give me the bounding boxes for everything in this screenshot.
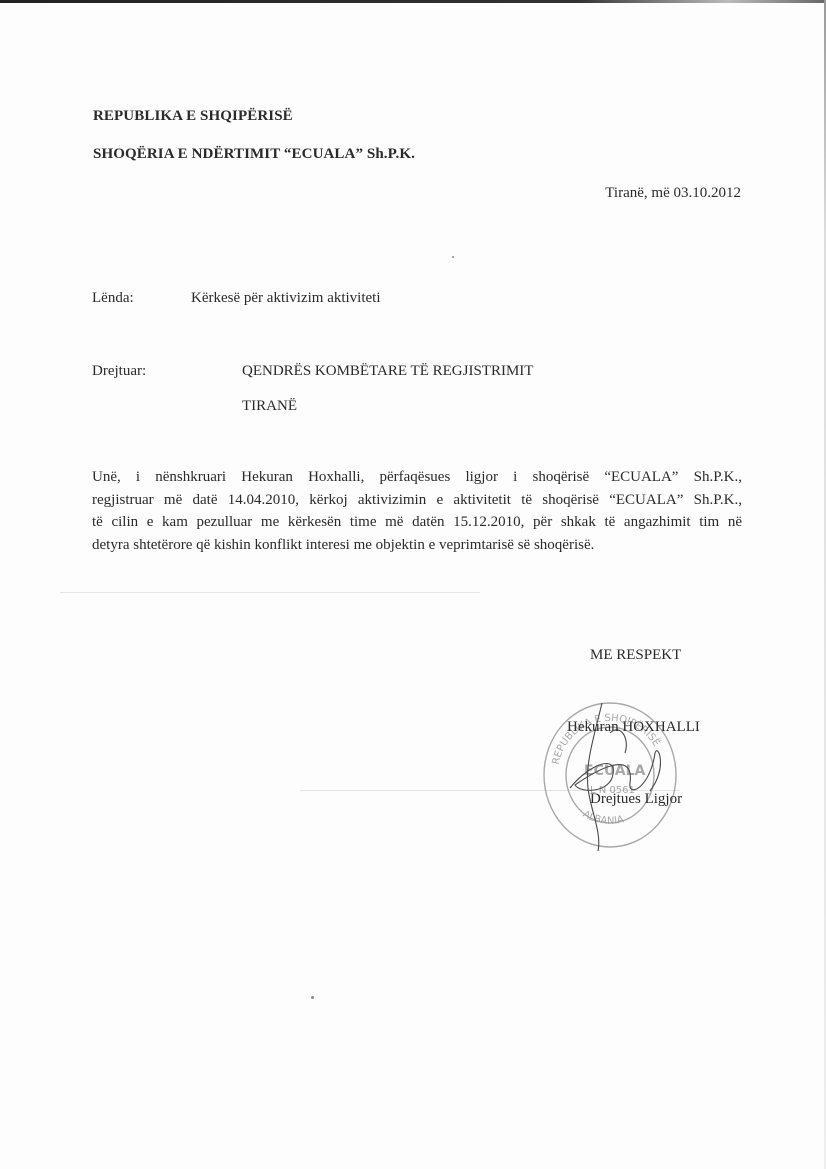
addressee-line2: TIRANË	[242, 398, 297, 415]
header-republic: REPUBLIKA E SHQIPËRISË	[93, 108, 293, 125]
body-paragraph: Unë, i nënshkruari Hekuran Hoxhalli, për…	[92, 466, 742, 556]
header-company: SHOQËRIA E NDËRTIMIT “ECUALA” Sh.P.K.	[93, 146, 415, 163]
place-date: Tiranë, më 03.10.2012	[605, 185, 741, 202]
svg-text:ALBANIA: ALBANIA	[581, 809, 625, 827]
scan-speck	[311, 996, 314, 999]
body-line: Unë, i nënshkruari Hekuran Hoxhalli, për…	[92, 466, 742, 489]
addressee-line1: QENDRËS KOMBËTARE TË REGJISTRIMIT	[242, 363, 533, 380]
addressee-label: Drejtuar:	[92, 363, 146, 380]
scan-top-edge	[0, 0, 826, 3]
company-stamp-icon: REPUBLIKA E SHQIPËRISË ALBANIA ECUALA L …	[540, 693, 680, 853]
scan-artifact-line	[60, 592, 480, 593]
body-line: detyra shtetërore që kishin konflikt int…	[92, 534, 742, 557]
signer-name: Hekuran HOXHALLI	[567, 719, 700, 736]
signer-title: Drejtues Ligjor	[590, 791, 682, 808]
closing-salutation: ME RESPEKT	[590, 647, 681, 664]
body-line: regjistruar më datë 14.04.2010, kërkoj a…	[92, 489, 742, 512]
subject-value: Kërkesë për aktivizim aktiviteti	[191, 290, 381, 307]
subject-label: Lënda:	[92, 290, 134, 307]
scan-speck	[452, 256, 454, 258]
body-line: të cilin e kam pezulluar me kërkesën tim…	[92, 511, 742, 534]
